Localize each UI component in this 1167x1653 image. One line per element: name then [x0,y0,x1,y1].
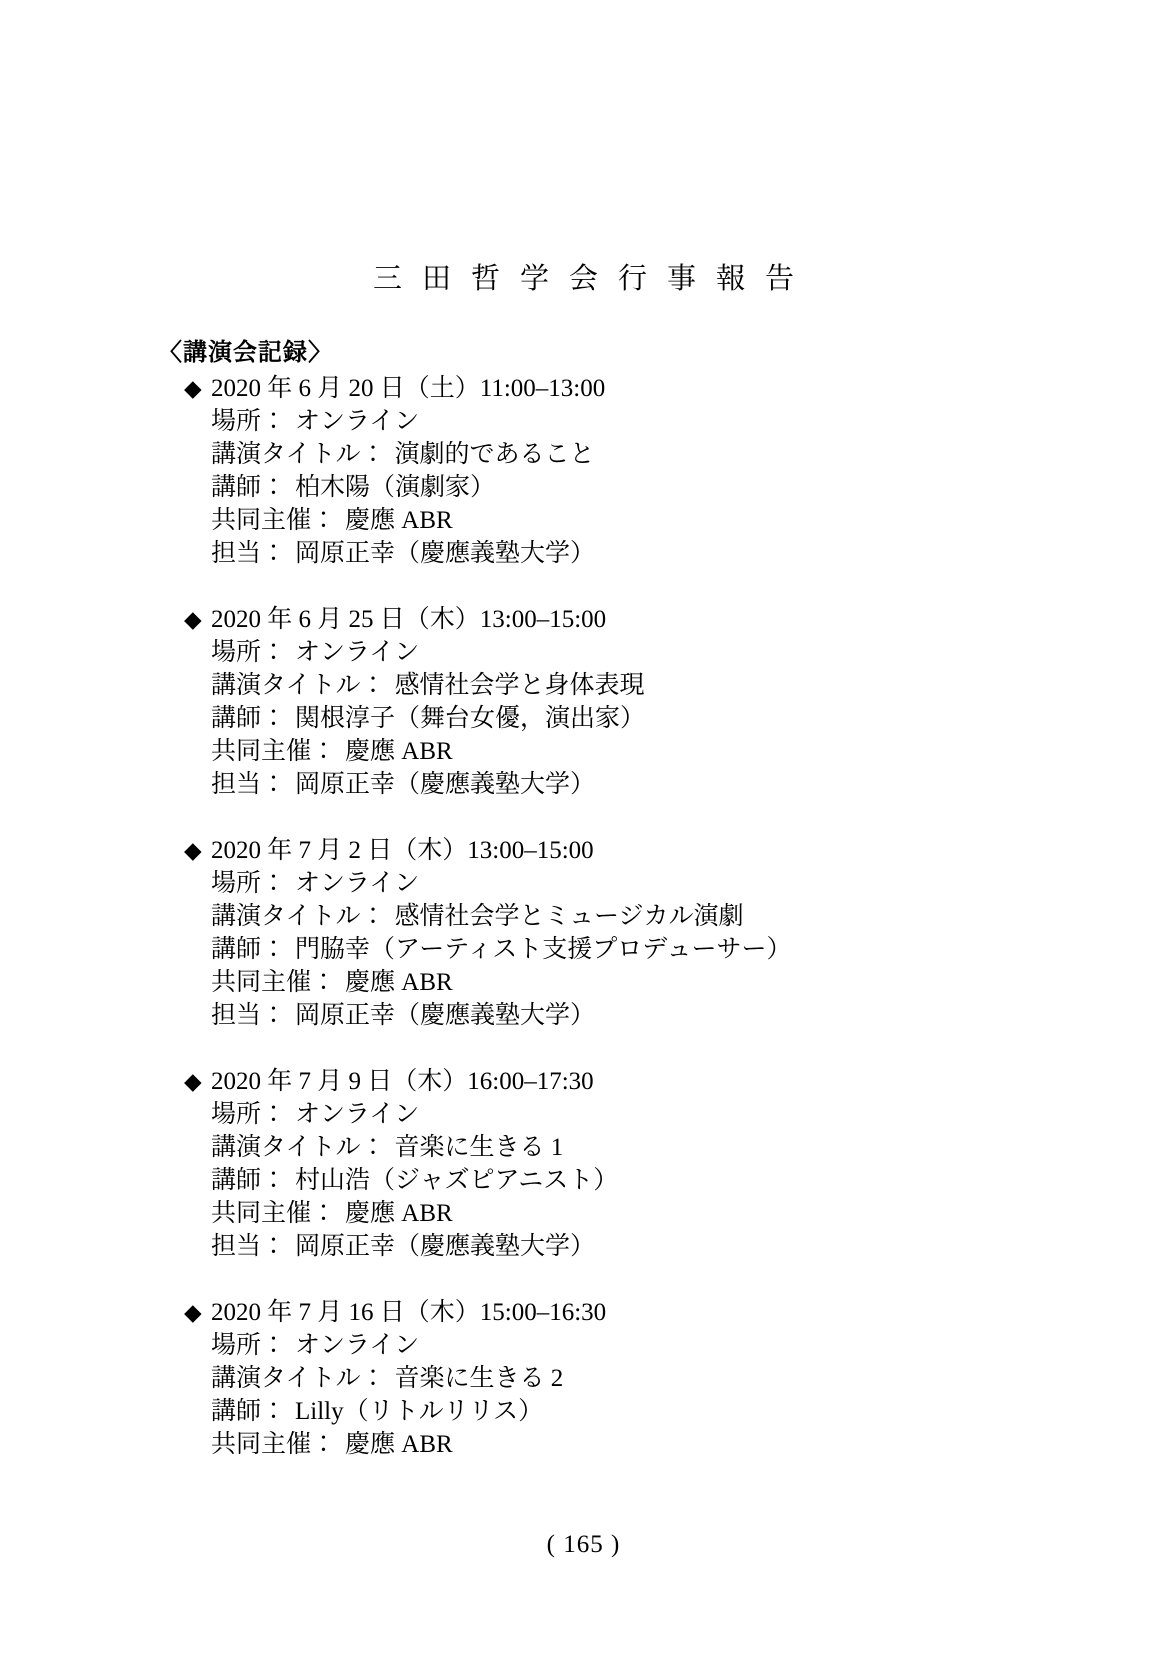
lecture-title-value: 音楽に生きる 1 [395,1134,564,1161]
event-coordinator-line: 担当：岡原正幸（慶應義塾大学） [184,768,1064,801]
coordinator-label: 担当： [211,1233,286,1260]
event-place-line: 場所：オンライン [184,1329,1064,1362]
event-date: 2020 年 6 月 25 日（木）13:00–15:00 [211,606,606,633]
event-lecturer-line: 講師：Lilly（リトルリリス） [184,1395,1064,1428]
coorganizer-label: 共同主催： [211,969,336,996]
lecturer-value: 関根淳子（舞台女優，演出家） [295,705,645,732]
place-value: オンライン [295,408,419,435]
lecture-title-label: 講演タイトル： [211,1134,386,1161]
lecture-title-label: 講演タイトル： [211,903,386,930]
event-lecturer-line: 講師：柏木陽（演劇家） [184,471,1064,504]
coorganizer-value: 慶應 ABR [345,738,453,765]
event-entry: ◆ 2020 年 7 月 2 日（木）13:00–15:00 場所：オンライン … [184,834,1064,1032]
event-place-line: 場所：オンライン [184,1098,1064,1131]
lecture-title-label: 講演タイトル： [211,672,386,699]
event-coorganizer-line: 共同主催：慶應 ABR [184,735,1064,768]
lecturer-value: Lilly（リトルリリス） [295,1398,543,1425]
event-place-line: 場所：オンライン [184,867,1064,900]
event-title-line: 講演タイトル：感情社会学と身体表現 [184,669,1064,702]
page-title: 三田哲学会行事報告 [0,256,1167,297]
coordinator-value: 岡原正幸（慶應義塾大学） [295,771,595,798]
event-date-line: ◆ 2020 年 7 月 9 日（木）16:00–17:30 [184,1065,1064,1098]
event-coordinator-line: 担当：岡原正幸（慶應義塾大学） [184,1230,1064,1263]
event-lecturer-line: 講師：村山浩（ジャズピアニスト） [184,1164,1064,1197]
event-entry: ◆ 2020 年 7 月 9 日（木）16:00–17:30 場所：オンライン … [184,1065,1064,1263]
lecturer-label: 講師： [211,474,286,501]
place-value: オンライン [295,1332,419,1359]
event-entry: ◆ 2020 年 7 月 16 日（木）15:00–16:30 場所：オンライン… [184,1296,1064,1461]
event-entry: ◆ 2020 年 6 月 25 日（木）13:00–15:00 場所：オンライン… [184,603,1064,801]
diamond-bullet-icon: ◆ [184,1065,202,1098]
diamond-bullet-icon: ◆ [184,1296,202,1329]
place-label: 場所： [211,1332,286,1359]
event-date: 2020 年 7 月 16 日（木）15:00–16:30 [211,1299,606,1326]
diamond-bullet-icon: ◆ [184,603,202,636]
event-entry: ◆ 2020 年 6 月 20 日（土）11:00–13:00 場所：オンライン… [184,372,1064,570]
event-lecturer-line: 講師：関根淳子（舞台女優，演出家） [184,702,1064,735]
place-label: 場所： [211,1101,286,1128]
lecture-record-list: ◆ 2020 年 6 月 20 日（土）11:00–13:00 場所：オンライン… [184,372,1064,1494]
event-date-line: ◆ 2020 年 7 月 16 日（木）15:00–16:30 [184,1296,1064,1329]
lecturer-value: 門脇幸（アーティスト支援プロデューサー） [295,936,792,963]
coorganizer-value: 慶應 ABR [345,1431,453,1458]
event-coordinator-line: 担当：岡原正幸（慶應義塾大学） [184,537,1064,570]
page-number: ( 165 ) [0,1528,1167,1561]
place-value: オンライン [295,639,419,666]
place-label: 場所： [211,639,286,666]
coorganizer-value: 慶應 ABR [345,969,453,996]
lecture-title-label: 講演タイトル： [211,1365,386,1392]
diamond-bullet-icon: ◆ [184,372,202,405]
event-coorganizer-line: 共同主催：慶應 ABR [184,504,1064,537]
event-date: 2020 年 7 月 9 日（木）16:00–17:30 [211,1068,594,1095]
coorganizer-value: 慶應 ABR [345,507,453,534]
coordinator-value: 岡原正幸（慶應義塾大学） [295,1002,595,1029]
event-title-line: 講演タイトル：演劇的であること [184,438,1064,471]
lecturer-label: 講師： [211,1398,286,1425]
event-coorganizer-line: 共同主催：慶應 ABR [184,966,1064,999]
coorganizer-label: 共同主催： [211,738,336,765]
diamond-bullet-icon: ◆ [184,834,202,867]
coorganizer-value: 慶應 ABR [345,1200,453,1227]
event-title-line: 講演タイトル：音楽に生きる 2 [184,1362,1064,1395]
event-place-line: 場所：オンライン [184,405,1064,438]
lecture-title-value: 感情社会学と身体表現 [395,672,645,699]
coorganizer-label: 共同主催： [211,1200,336,1227]
event-date-line: ◆ 2020 年 6 月 20 日（土）11:00–13:00 [184,372,1064,405]
lecture-title-value: 音楽に生きる 2 [395,1365,564,1392]
lecture-title-label: 講演タイトル： [211,441,386,468]
event-lecturer-line: 講師：門脇幸（アーティスト支援プロデューサー） [184,933,1064,966]
lecturer-label: 講師： [211,936,286,963]
lecturer-value: 村山浩（ジャズピアニスト） [295,1167,618,1194]
event-date: 2020 年 6 月 20 日（土）11:00–13:00 [211,375,605,402]
event-title-line: 講演タイトル：音楽に生きる 1 [184,1131,1064,1164]
document-page: 三田哲学会行事報告 〈講演会記録〉 ◆ 2020 年 6 月 20 日（土）11… [0,0,1167,1653]
coordinator-value: 岡原正幸（慶應義塾大学） [295,1233,595,1260]
event-date: 2020 年 7 月 2 日（木）13:00–15:00 [211,837,594,864]
coorganizer-label: 共同主催： [211,1431,336,1458]
lecture-title-value: 演劇的であること [395,441,595,468]
lecturer-value: 柏木陽（演劇家） [295,474,495,501]
event-place-line: 場所：オンライン [184,636,1064,669]
place-label: 場所： [211,870,286,897]
coordinator-value: 岡原正幸（慶應義塾大学） [295,540,595,567]
place-label: 場所： [211,408,286,435]
coordinator-label: 担当： [211,1002,286,1029]
lecture-title-value: 感情社会学とミュージカル演劇 [395,903,744,930]
coorganizer-label: 共同主催： [211,507,336,534]
lecturer-label: 講師： [211,705,286,732]
coordinator-label: 担当： [211,540,286,567]
lecturer-label: 講師： [211,1167,286,1194]
event-coorganizer-line: 共同主催：慶應 ABR [184,1197,1064,1230]
place-value: オンライン [295,1101,419,1128]
event-title-line: 講演タイトル：感情社会学とミュージカル演劇 [184,900,1064,933]
section-heading: 〈講演会記録〉 [158,332,333,367]
place-value: オンライン [295,870,419,897]
event-coordinator-line: 担当：岡原正幸（慶應義塾大学） [184,999,1064,1032]
event-coorganizer-line: 共同主催：慶應 ABR [184,1428,1064,1461]
event-date-line: ◆ 2020 年 7 月 2 日（木）13:00–15:00 [184,834,1064,867]
coordinator-label: 担当： [211,771,286,798]
event-date-line: ◆ 2020 年 6 月 25 日（木）13:00–15:00 [184,603,1064,636]
